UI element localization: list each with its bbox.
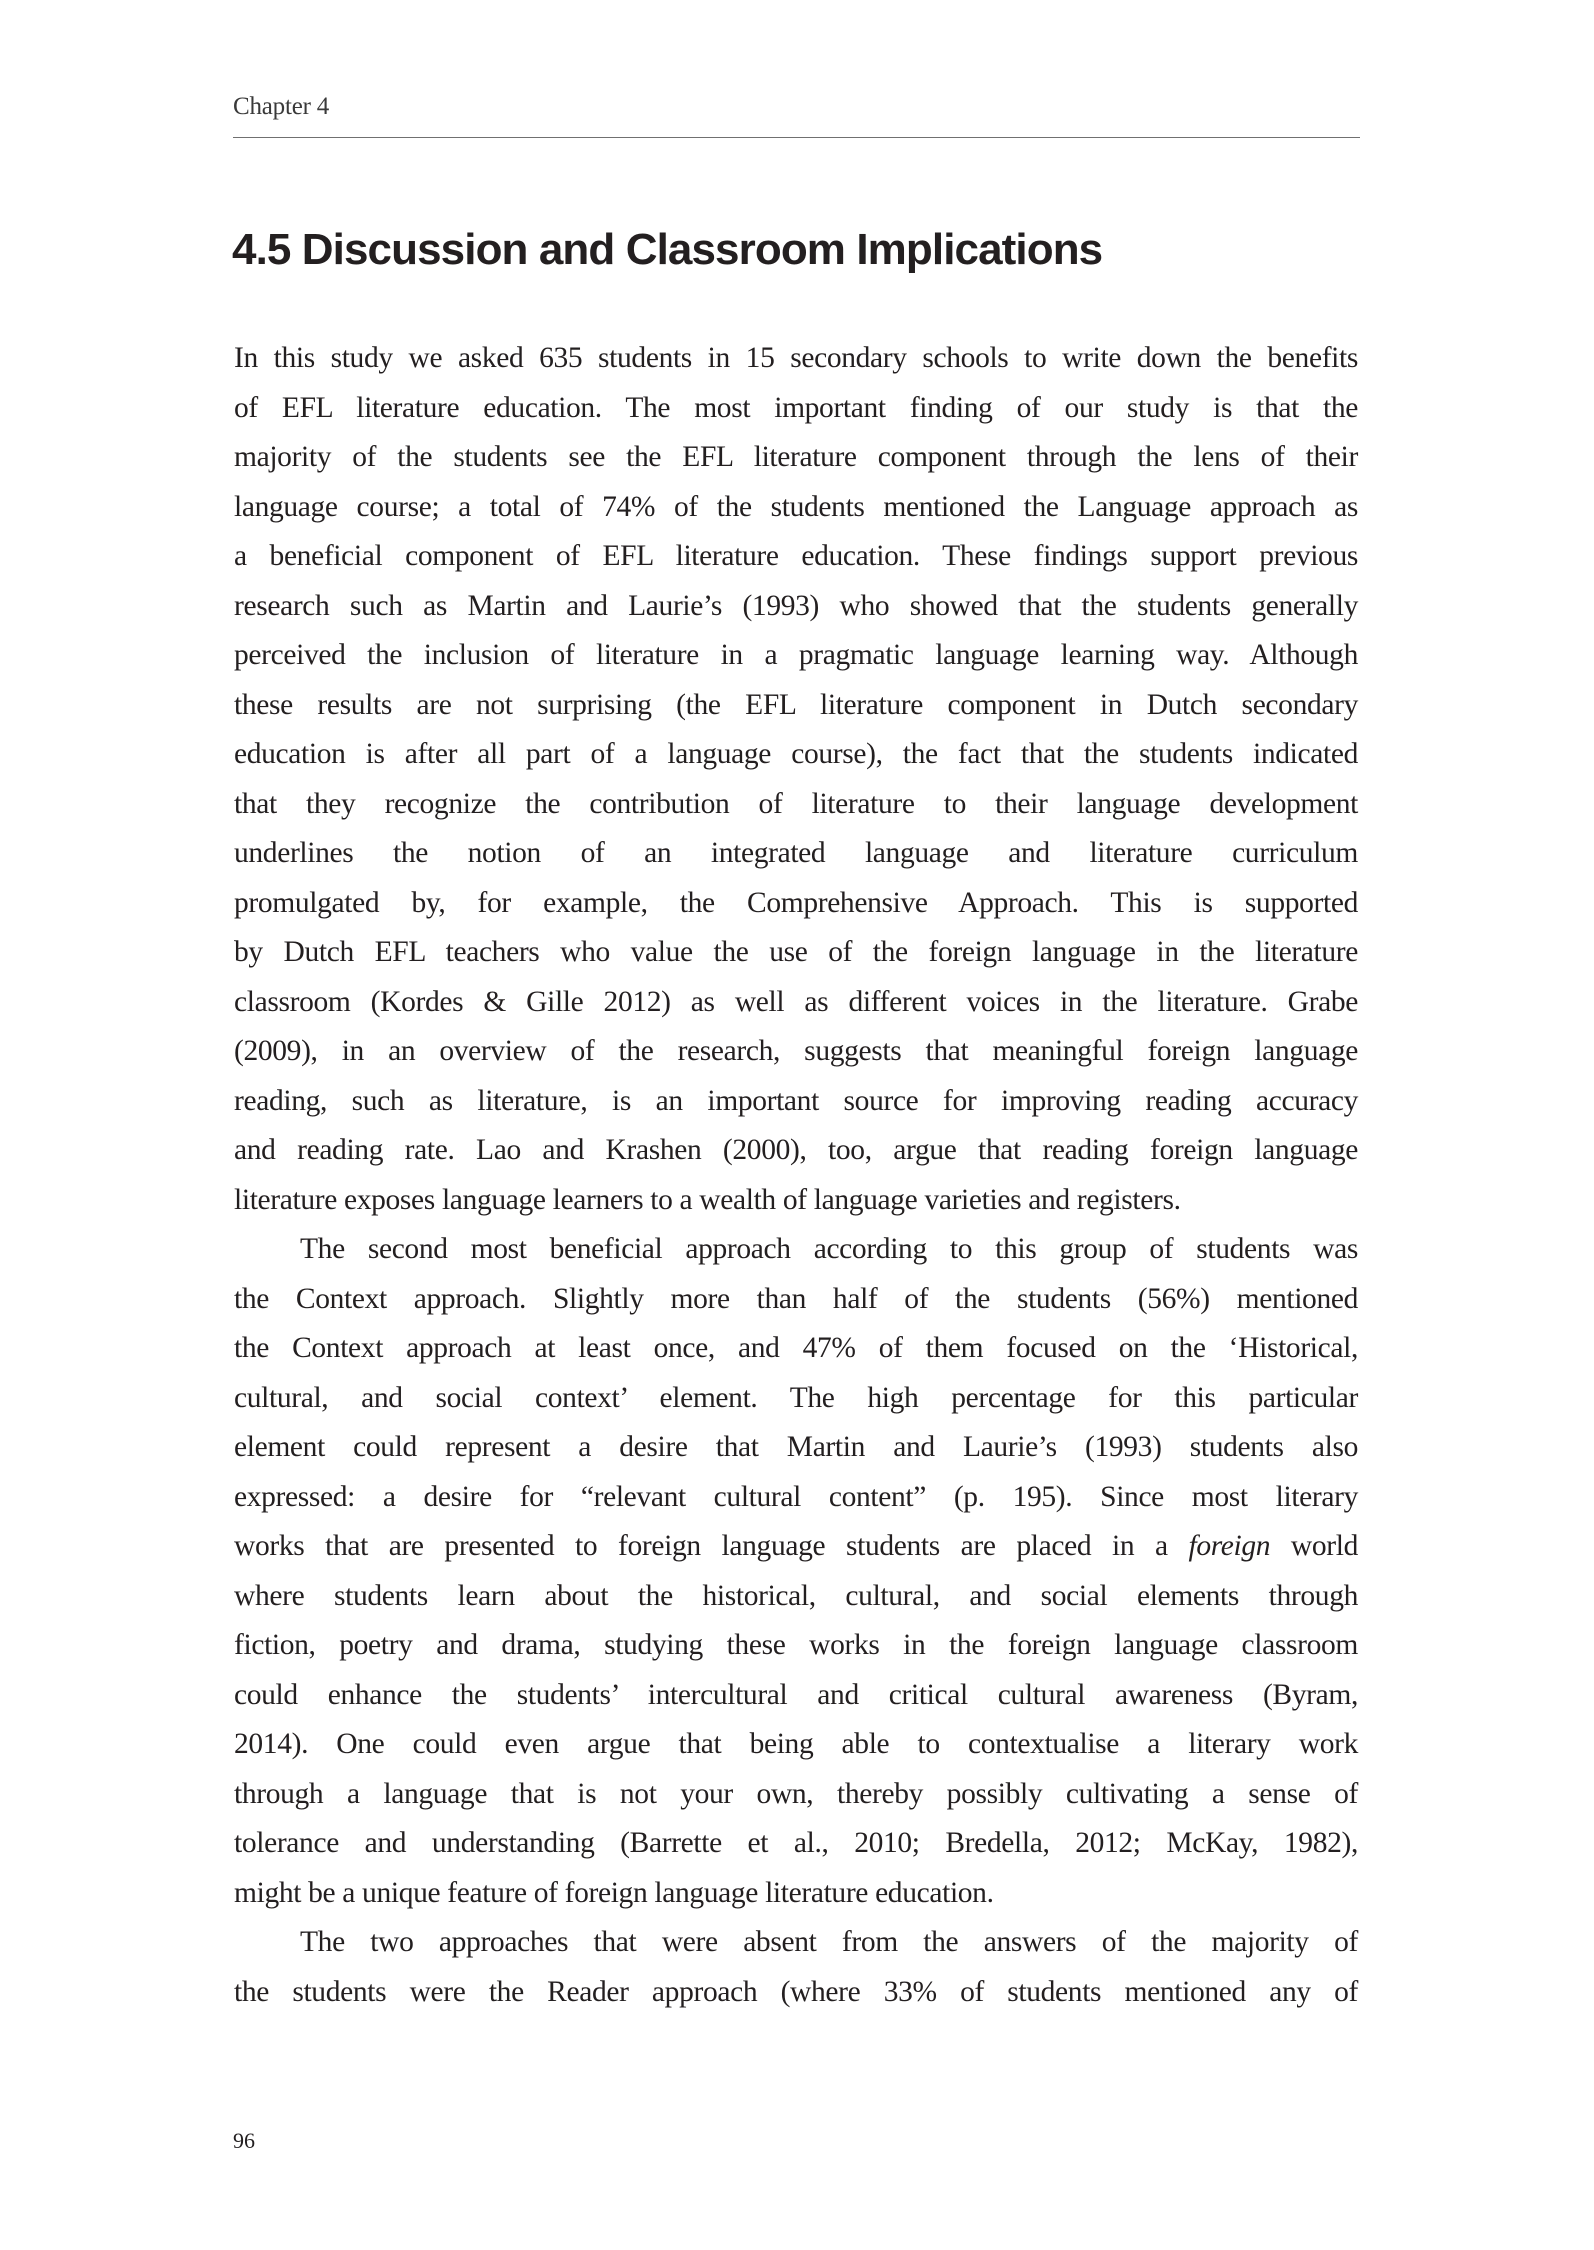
text-line: language course; a total of 74% of the s… — [234, 487, 1358, 527]
text-line: research such as Martin and Laurie’s (19… — [234, 586, 1358, 626]
text-line: by Dutch EFL teachers who value the use … — [234, 932, 1358, 972]
text-line: 2014). One could even argue that being a… — [234, 1724, 1358, 1764]
text-line: perceived the inclusion of literature in… — [234, 635, 1358, 675]
page-number: 96 — [233, 2128, 255, 2154]
text-line: fiction, poetry and drama, studying thes… — [234, 1625, 1358, 1665]
italic-word: foreign — [1189, 1530, 1271, 1562]
text-line: element could represent a desire that Ma… — [234, 1427, 1358, 1467]
text-line: cultural, and social context’ element. T… — [234, 1378, 1358, 1418]
text-line: the students were the Reader approach (w… — [234, 1972, 1358, 2012]
text-line: a beneficial component of EFL literature… — [234, 536, 1358, 576]
text-line: literature exposes language learners to … — [234, 1180, 1358, 1220]
text-line: the Context approach at least once, and … — [234, 1328, 1358, 1368]
text-line: reading, such as literature, is an impor… — [234, 1081, 1358, 1121]
text-line: The second most beneficial approach acco… — [300, 1229, 1358, 1269]
text-line: the Context approach. Slightly more than… — [234, 1279, 1358, 1319]
text-line: through a language that is not your own,… — [234, 1774, 1358, 1814]
book-page: Chapter 4 4.5 Discussion and Classroom I… — [0, 0, 1594, 2250]
text-line: expressed: a desire for “relevant cultur… — [234, 1477, 1358, 1517]
text-line: these results are not surprising (the EF… — [234, 685, 1358, 725]
text-run: world — [1270, 1530, 1358, 1562]
text-line: could enhance the students’ intercultura… — [234, 1675, 1358, 1715]
text-line: tolerance and understanding (Barrette et… — [234, 1823, 1358, 1863]
text-line-with-italic: works that are presented to foreign lang… — [234, 1526, 1358, 1566]
text-line: majority of the students see the EFL lit… — [234, 437, 1358, 477]
text-run: works that are presented to foreign lang… — [234, 1530, 1189, 1562]
header-rule — [233, 137, 1360, 138]
text-line: classroom (Kordes & Gille 2012) as well … — [234, 982, 1358, 1022]
text-line: promulgated by, for example, the Compreh… — [234, 883, 1358, 923]
section-title: 4.5 Discussion and Classroom Implication… — [232, 222, 1332, 278]
text-line: education is after all part of a languag… — [234, 734, 1358, 774]
text-line: of EFL literature education. The most im… — [234, 388, 1358, 428]
text-line: The two approaches that were absent from… — [300, 1922, 1358, 1962]
text-line: where students learn about the historica… — [234, 1576, 1358, 1616]
text-line: and reading rate. Lao and Krashen (2000)… — [234, 1130, 1358, 1170]
text-line: (2009), in an overview of the research, … — [234, 1031, 1358, 1071]
text-line: underlines the notion of an integrated l… — [234, 833, 1358, 873]
running-head: Chapter 4 — [233, 92, 329, 122]
text-line: In this study we asked 635 students in 1… — [234, 338, 1358, 378]
text-line: might be a unique feature of foreign lan… — [234, 1873, 1358, 1913]
text-line: that they recognize the contribution of … — [234, 784, 1358, 824]
